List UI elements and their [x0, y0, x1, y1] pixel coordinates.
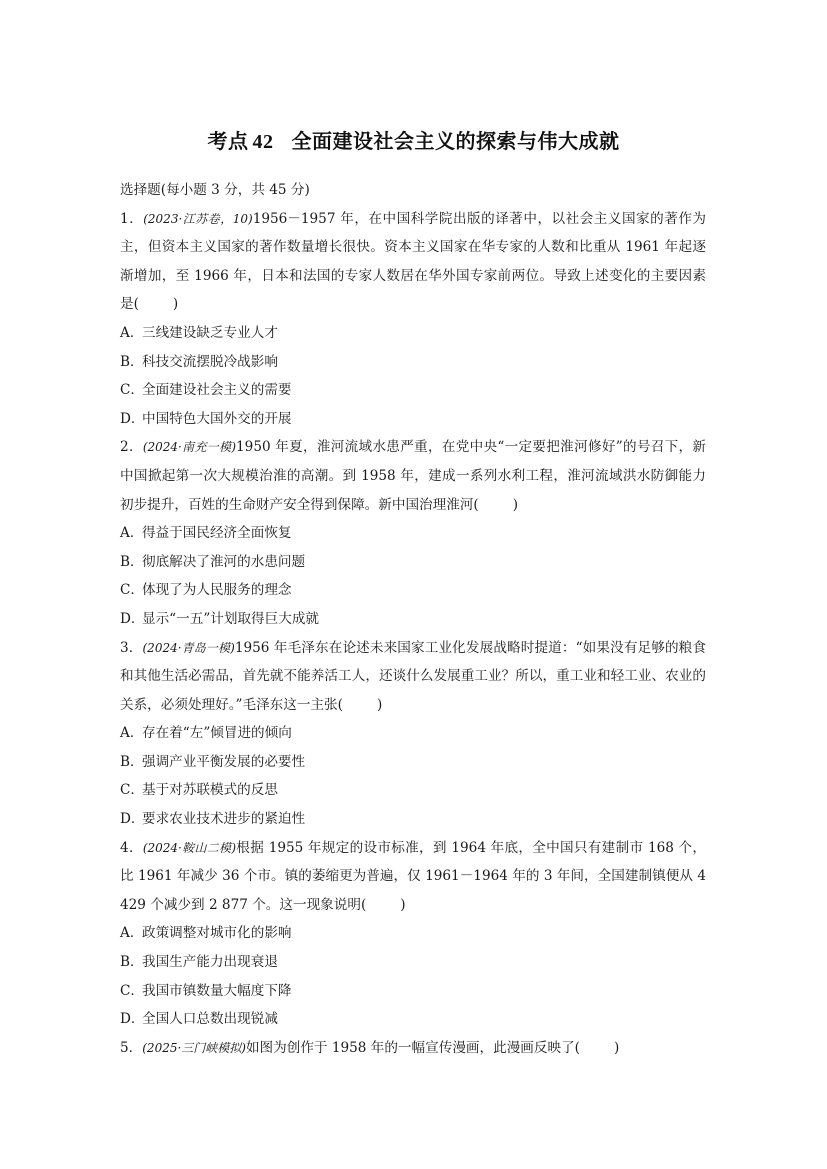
question-5: 5．(2025·三门峡模拟)如图为创作于 1958 年的一幅宣传漫画，此漫画反映… [120, 1034, 706, 1063]
title-prefix: 考点 [208, 129, 249, 153]
question-number: 2． [120, 439, 143, 455]
option-d: D．中国特色大国外交的开展 [120, 405, 706, 434]
answer-paren-close: ) [513, 497, 518, 513]
option-b: B．我国生产能力出现衰退 [120, 948, 706, 977]
option-b: B．强调产业平衡发展的必要性 [120, 748, 706, 777]
question-source: (2024·鞍山二模) [143, 841, 236, 855]
question-number: 3． [120, 640, 143, 656]
question-stem: 4．(2024·鞍山二模)根据 1955 年规定的设市标准，到 1964 年底，… [120, 834, 706, 920]
option-d: D．全国人口总数出现锐减 [120, 1005, 706, 1034]
question-number: 1． [120, 211, 143, 227]
option-c: C．体现了为人民服务的理念 [120, 576, 706, 605]
option-c: C．我国市镇数量大幅度下降 [120, 977, 706, 1006]
option-d: D．要求农业技术进步的紧迫性 [120, 805, 706, 834]
question-source: (2023·江苏卷，10) [143, 212, 252, 226]
option-c: C．基于对苏联模式的反思 [120, 776, 706, 805]
option-b: B．彻底解决了淮河的水患问题 [120, 548, 706, 577]
option-a: A．存在着“左”倾冒进的倾向 [120, 719, 706, 748]
question-3: 3．(2024·青岛一模)1956 年毛泽东在论述未来国家工业化发展战略时提道：… [120, 634, 706, 834]
question-number: 5． [120, 1040, 142, 1056]
answer-paren-close: ) [614, 1040, 619, 1056]
option-a: A．得益于国民经济全面恢复 [120, 519, 706, 548]
question-source: (2024·青岛一模) [143, 641, 235, 655]
section-label: 选择题(每小题 3 分，共 45 分) [120, 176, 706, 205]
title-number: 42 [253, 131, 274, 153]
answer-paren-close: ) [377, 697, 382, 713]
question-text: 如图为创作于 1958 年的一幅宣传漫画，此漫画反映了( [246, 1040, 580, 1056]
question-source: (2024·南充一模) [143, 440, 236, 454]
answer-paren-close: ) [173, 296, 178, 312]
question-4: 4．(2024·鞍山二模)根据 1955 年规定的设市标准，到 1964 年底，… [120, 834, 706, 1034]
question-stem: 3．(2024·青岛一模)1956 年毛泽东在论述未来国家工业化发展战略时提道：… [120, 634, 706, 720]
title-text: 全面建设社会主义的探索与伟大成就 [292, 129, 620, 153]
page-title: 考点42全面建设社会主义的探索与伟大成就 [0, 127, 827, 156]
question-1: 1．(2023·江苏卷，10)1956－1957 年，在中国科学院出版的译著中，… [120, 205, 706, 434]
question-stem: 5．(2025·三门峡模拟)如图为创作于 1958 年的一幅宣传漫画，此漫画反映… [120, 1034, 706, 1063]
question-stem: 2．(2024·南充一模)1950 年夏，淮河流域水患严重，在党中央“一定要把淮… [120, 433, 706, 519]
option-c: C．全面建设社会主义的需要 [120, 376, 706, 405]
option-b: B．科技交流摆脱冷战影响 [120, 348, 706, 377]
question-2: 2．(2024·南充一模)1950 年夏，淮河流域水患严重，在党中央“一定要把淮… [120, 433, 706, 633]
question-source: (2025·三门峡模拟) [142, 1041, 246, 1055]
option-a: A．政策调整对城市化的影响 [120, 919, 706, 948]
question-stem: 1．(2023·江苏卷，10)1956－1957 年，在中国科学院出版的译著中，… [120, 205, 706, 319]
question-number: 4． [120, 840, 143, 856]
document-body: 选择题(每小题 3 分，共 45 分) 1．(2023·江苏卷，10)1956－… [120, 176, 706, 1062]
option-d: D．显示“一五”计划取得巨大成就 [120, 605, 706, 634]
option-a: A．三线建设缺乏专业人才 [120, 319, 706, 348]
answer-paren-close: ) [400, 897, 405, 913]
